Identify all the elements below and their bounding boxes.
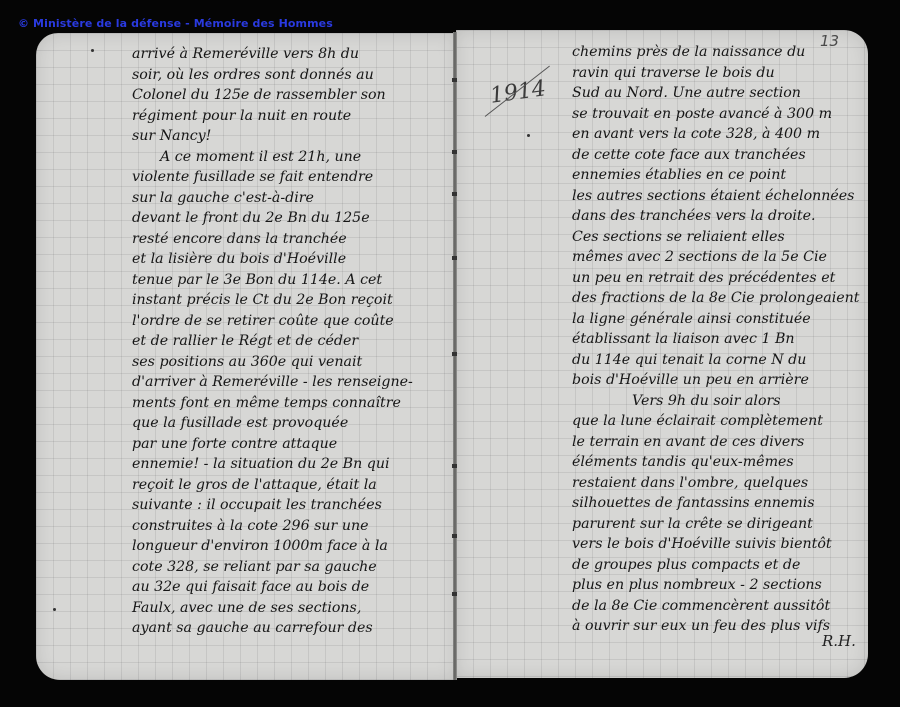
text-line: parurent sur la crête se dirigeant: [572, 514, 857, 535]
text-line: ennemies établies en ce point: [572, 165, 857, 186]
text-line: établissant la liaison avec 1 Bn: [572, 329, 857, 350]
text-line: longueur d'environ 1000m face à la: [132, 536, 432, 557]
text-line: et la lisière du bois d'Hoéville: [132, 249, 432, 270]
text-line: soir, où les ordres sont donnés au: [132, 65, 432, 86]
text-line: au 32e qui faisait face au bois de: [132, 577, 432, 598]
text-line: Vers 9h du soir alors: [572, 391, 857, 412]
text-line: à ouvrir sur eux un feu des plus vifs: [572, 616, 857, 637]
text-line: par une forte contre attaque: [132, 434, 432, 455]
text-line: reçoit le gros de l'attaque, était la: [132, 475, 432, 496]
text-line: A ce moment il est 21h, une: [132, 147, 432, 168]
copyright-watermark: © Ministère de la défense - Mémoire des …: [18, 17, 333, 30]
text-line: la ligne générale ainsi constituée: [572, 309, 857, 330]
text-line: un peu en retrait des précédentes et: [572, 268, 857, 289]
text-line: régiment pour la nuit en route: [132, 106, 432, 127]
text-line: éléments tandis qu'eux-mêmes: [572, 452, 857, 473]
ink-speck: [53, 608, 56, 611]
text-line: d'arriver à Remeréville - les renseigne-: [132, 372, 432, 393]
text-line: cote 328, se reliant par sa gauche: [132, 557, 432, 578]
text-line: ses positions au 360e qui venait: [132, 352, 432, 373]
text-line: tenue par le 3e Bon du 114e. A cet: [132, 270, 432, 291]
text-line: Colonel du 125e de rassembler son: [132, 85, 432, 106]
text-line: instant précis le Ct du 2e Bon reçoit: [132, 290, 432, 311]
text-line: suivante : il occupait les tranchées: [132, 495, 432, 516]
text-line: de la 8e Cie commencèrent aussitôt: [572, 596, 857, 617]
text-line: le terrain en avant de ces divers: [572, 432, 857, 453]
text-line: resté encore dans la tranchée: [132, 229, 432, 250]
text-line: de cette cote face aux tranchées: [572, 145, 857, 166]
text-line: Sud au Nord. Une autre section: [572, 83, 857, 104]
spine-stitch: [452, 150, 457, 154]
text-line: silhouettes de fantassins ennemis: [572, 493, 857, 514]
text-line: devant le front du 2e Bn du 125e: [132, 208, 432, 229]
text-line: plus en plus nombreux - 2 sections: [572, 575, 857, 596]
ink-speck: [91, 49, 94, 52]
text-line: violente fusillade se fait entendre: [132, 167, 432, 188]
text-line: que la lune éclairait complètement: [572, 411, 857, 432]
spine-stitch: [452, 534, 457, 538]
text-line: sur Nancy!: [132, 126, 432, 147]
text-line: l'ordre de se retirer coûte que coûte: [132, 311, 432, 332]
text-line: ennemie! - la situation du 2e Bn qui: [132, 454, 432, 475]
ink-speck: [527, 134, 530, 137]
text-line: de groupes plus compacts et de: [572, 555, 857, 576]
text-line: ments font en même temps connaître: [132, 393, 432, 414]
text-line: Faulx, avec une de ses sections,: [132, 598, 432, 619]
text-line: les autres sections étaient échelonnées: [572, 186, 857, 207]
spine-stitch: [452, 192, 457, 196]
spine-stitch: [452, 78, 457, 82]
text-line: des fractions de la 8e Cie prolongeaient: [572, 288, 857, 309]
text-line: vers le bois d'Hoéville suivis bientôt: [572, 534, 857, 555]
text-line: se trouvait en poste avancé à 300 m: [572, 104, 857, 125]
text-line: dans des tranchées vers la droite.: [572, 206, 857, 227]
spine-stitch: [452, 464, 457, 468]
text-line: chemins près de la naissance du: [572, 42, 857, 63]
right-page-handwritten-text: chemins près de la naissance du ravin qu…: [572, 42, 857, 637]
text-line: sur la gauche c'est-à-dire: [132, 188, 432, 209]
spine-stitch: [452, 352, 457, 356]
text-line: mêmes avec 2 sections de la 5e Cie: [572, 247, 857, 268]
author-initials-signature: R.H.: [822, 632, 856, 650]
text-line: et de rallier le Régt et de céder: [132, 331, 432, 352]
text-line: ayant sa gauche au carrefour des: [132, 618, 432, 639]
notebook-spine: [453, 32, 457, 680]
text-line: Ces sections se reliaient elles: [572, 227, 857, 248]
text-line: construites à la cote 296 sur une: [132, 516, 432, 537]
spine-stitch: [452, 592, 457, 596]
left-page-handwritten-text: arrivé à Remeréville vers 8h du soir, où…: [132, 44, 432, 639]
text-line: en avant vers la cote 328, à 400 m: [572, 124, 857, 145]
text-line: que la fusillade est provoquée: [132, 413, 432, 434]
text-line: restaient dans l'ombre, quelques: [572, 473, 857, 494]
text-line: du 114e qui tenait la corne N du: [572, 350, 857, 371]
text-line: ravin qui traverse le bois du: [572, 63, 857, 84]
spine-stitch: [452, 256, 457, 260]
text-line: bois d'Hoéville un peu en arrière: [572, 370, 857, 391]
text-line: arrivé à Remeréville vers 8h du: [132, 44, 432, 65]
